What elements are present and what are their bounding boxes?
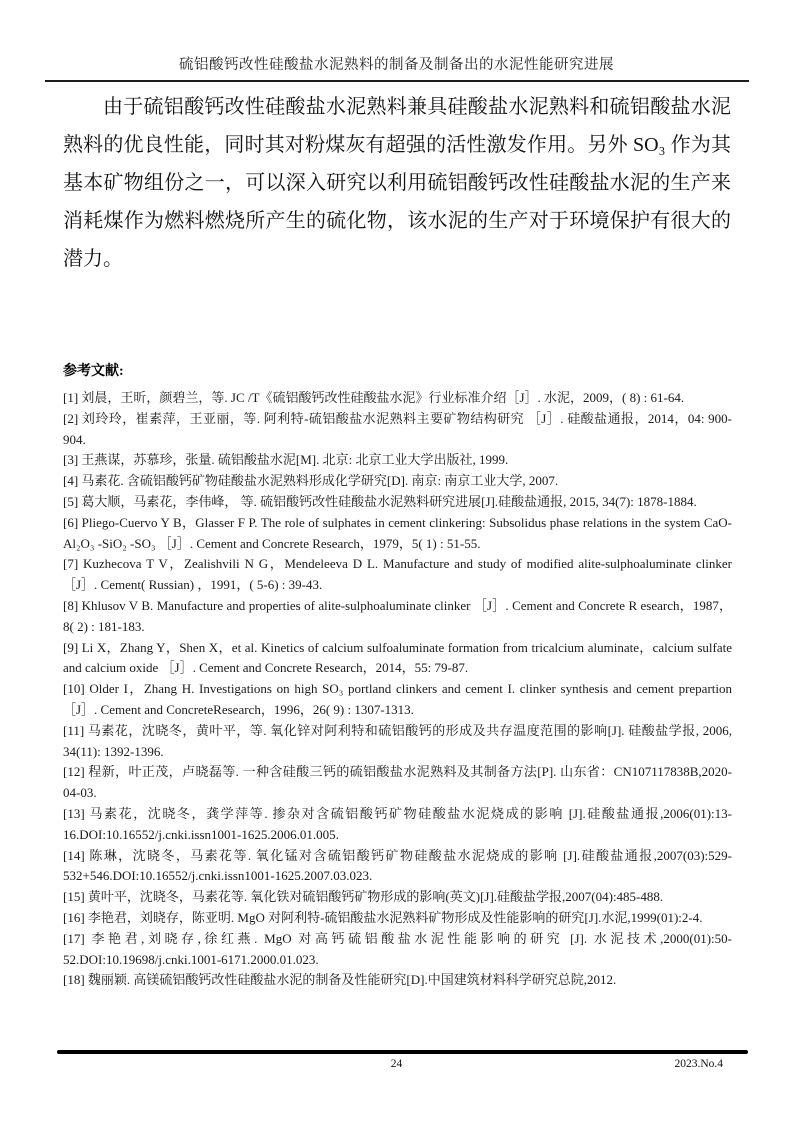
reference-item: [18] 魏丽颖. 高镁硫铝酸钙改性硅酸盐水泥的制备及性能研究[D].中国建筑材… [63,970,732,991]
body-paragraph: 由于硫铝酸钙改性硅酸盐水泥熟料兼具硅酸盐水泥熟料和硫铝酸盐水泥熟料的优良性能，同… [63,88,731,278]
reference-item: [11] 马素花，沈晓冬，黄叶平，等. 氧化锌对阿利特和硫铝酸钙的形成及共存温度… [63,721,732,763]
references-heading: 参考文献: [63,360,732,380]
reference-item: [12] 程新，叶正茂，卢晓磊等. 一种含硅酸三钙的硫铝酸盐水泥熟料及其制备方法… [63,762,732,804]
running-head-title: 硫铝酸钙改性硅酸盐水泥熟料的制备及制备出的水泥性能研究进展 [0,53,793,74]
reference-item: [17] 李艳君,刘晓存,徐红燕. MgO 对高钙硫铝酸盐水泥性能影响的研究 [… [63,929,732,971]
reference-item: [10] Older I，Zhang H. Investigations on … [63,679,732,721]
reference-item: [1] 刘晨，王昕，颜碧兰，等. JC /T《硫铝酸钙改性硅酸盐水泥》行业标准介… [63,388,732,409]
reference-item: [14] 陈琳，沈晓冬，马素花等. 氧化锰对含硫铝酸钙矿物硅酸盐水泥烧成的影响 … [63,846,732,888]
reference-item: [6] Pliego-Cuervo Y B，Glasser F P. The r… [63,513,732,555]
reference-item: [15] 黄叶平，沈晓冬，马素花等. 氧化铁对硫铝酸钙矿物形成的影响(英文)[J… [63,887,732,908]
reference-item: [7] Kuzhecova T V，Zealishvili N G，Mendel… [63,554,732,596]
issue-label: 2023.No.4 [674,1058,723,1070]
reference-item: [3] 王燕谋，苏慕珍，张量. 硫铝酸盐水泥[M]. 北京: 北京工业大学出版社… [63,450,732,471]
header-divider [45,80,749,82]
reference-item: [9] Li X，Zhang Y，Shen X，et al. Kinetics … [63,638,732,680]
reference-item: [8] Khlusov V B. Manufacture and propert… [63,596,732,638]
reference-item: [13] 马素花，沈晓冬，龚学萍等. 掺杂对含硫铝酸钙矿物硅酸盐水泥烧成的影响 … [63,804,732,846]
reference-item: [16] 李艳君，刘晓存，陈亚明. MgO 对阿利特-硫铝酸盐水泥熟料矿物形成及… [63,908,732,929]
reference-item: [5] 葛大顺，马素花，李伟峰， 等. 硫铝酸钙改性硅酸盐水泥熟料研究进展[J]… [63,492,732,513]
document-page: 硫铝酸钙改性硅酸盐水泥熟料的制备及制备出的水泥性能研究进展 由于硫铝酸钙改性硅酸… [0,0,793,1122]
references-section: 参考文献: [1] 刘晨，王昕，颜碧兰，等. JC /T《硫铝酸钙改性硅酸盐水泥… [63,360,732,991]
reference-item: [4] 马素花. 含硫铝酸钙矿物硅酸盐水泥熟料形成化学研究[D]. 南京: 南京… [63,471,732,492]
footer-divider [57,1050,748,1054]
reference-item: [2] 刘玲玲，崔素萍，王亚丽，等. 阿利特-硫铝酸盐水泥熟料主要矿物结构研究 … [63,409,732,451]
